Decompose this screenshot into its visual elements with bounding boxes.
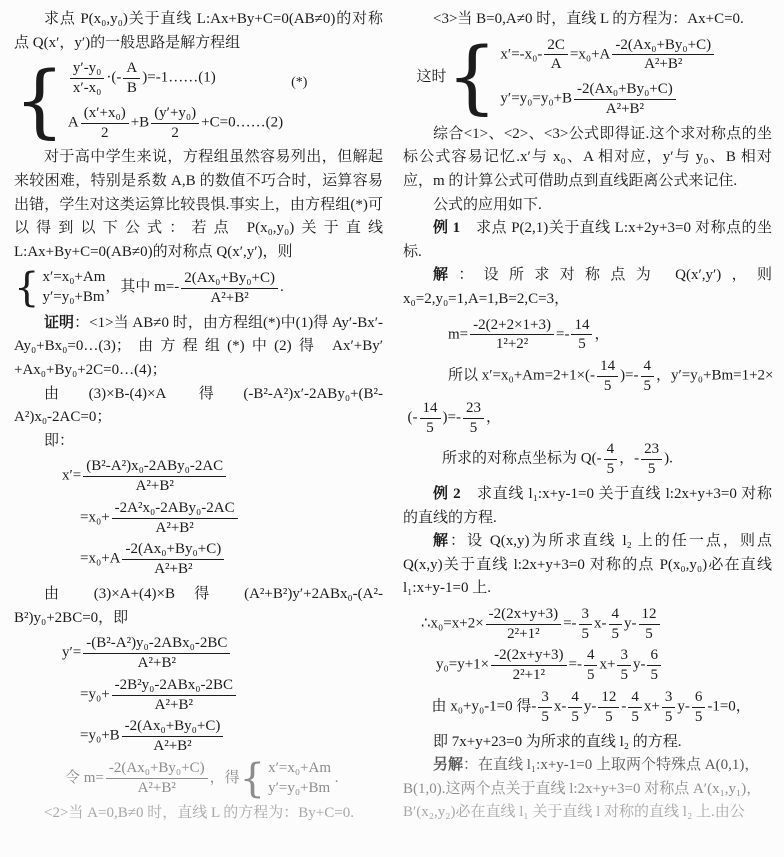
frac-numerator: -2(Ax₀+By₀+C) [122, 541, 224, 560]
frac-denominator: A²+B² [644, 55, 682, 73]
frac-denominator: A²+B² [153, 737, 191, 755]
brace-icon: { [14, 271, 39, 305]
formula-line: =y₀+-2B²y₀-2ABx₀-2BCA²+B² [14, 677, 383, 714]
frac-numerator: 3 [617, 647, 631, 666]
formula-line: 由 x₀+y₀-1=0 得-35x-45y-125-45x+35y-65-1=0… [403, 689, 772, 726]
text-run: 所以 x′=x₀+Am=2+1×(- [448, 368, 595, 384]
fraction: 35 [579, 606, 593, 643]
paragraph: 即： [14, 430, 383, 454]
frac-numerator: 4 [609, 606, 623, 625]
frac-denominator: 2²+1² [507, 625, 539, 643]
text-run: 求点 P(x₀,y₀)关于直线 L:Ax+By+C=0(AB≠0)的对称点 Q(… [14, 11, 383, 51]
frac-denominator: 5 [607, 460, 615, 478]
frac-denominator: 5 [571, 708, 579, 726]
paragraph: 另解：在直线 l₁:x+y-1=0 上取两个特殊点 A(0,1)， [403, 754, 772, 778]
text-run: y- [584, 699, 597, 715]
frac-numerator: 4 [628, 689, 642, 708]
text-run: x+ [599, 657, 615, 673]
frac-numerator: 2(Ax₀+By₀+C) [181, 270, 278, 289]
text-run: ，得 [210, 770, 240, 786]
footnote-star: (*) [291, 75, 307, 90]
text-run: ，其中 m=- [105, 279, 179, 295]
frac-denominator: A [551, 55, 562, 73]
system-rows: x′=x₀+Amy′=y₀+Bm [42, 269, 105, 306]
frac-numerator: 23 [463, 400, 484, 419]
text-run: ， [486, 409, 501, 425]
frac-numerator: -2(2x+y+3) [486, 606, 561, 625]
paragraph: B(1,0).这两个点关于直线 l:2x+y+3=0 对称点 A′(x₁,y₁)… [403, 778, 772, 802]
paragraph: 证明：<1>当 AB≠0 时，由方程组(*)中(1)得 Ay′-Bx′-Ay₀+… [14, 312, 383, 383]
text-run: x- [554, 699, 567, 715]
text-run: =- [563, 616, 576, 632]
frac-numerator: 12 [598, 689, 619, 708]
text-run: 公式的应用如下. [433, 197, 542, 213]
frac-numerator: 6 [692, 689, 706, 708]
text-run: y′=y₀+Bm [42, 289, 104, 305]
fraction: 65 [692, 689, 706, 726]
frac-numerator: 12 [639, 606, 660, 625]
system-row: y′=y₀=y₀+B-2(Ax₀+By₀+C)A²+B² [500, 81, 716, 118]
system-rows: x′=x₀+Amy′=y₀+Bm [268, 760, 331, 797]
paragraph: 求点 P(x₀,y₀)关于直线 L:Ax+By+C=0(AB≠0)的对称点 Q(… [14, 8, 383, 55]
brace-icon: { [447, 43, 498, 111]
fraction: 2(Ax₀+By₀+C)A²+B² [181, 270, 278, 307]
equation-system: {x′=-x₀-2CA=x₀+A-2(Ax₀+By₀+C)A²+B²y′=y₀=… [447, 37, 717, 118]
frac-denominator: 5 [587, 666, 595, 684]
text-run: y₀=y+1× [436, 657, 489, 673]
paragraph: 即 7x+y+23=0 为所求的直线 l₂ 的方程. [403, 731, 772, 755]
frac-denominator: 2 [101, 124, 109, 142]
emphasis-run: 例 2 [433, 486, 461, 502]
frac-denominator: 5 [645, 625, 653, 643]
frac-denominator: 5 [650, 666, 658, 684]
paragraph: B′(x₂,y₂)必在直线 l₁ 关于直线 l 对称的直线 l₂ 上.由公 [403, 801, 772, 825]
frac-numerator: y′-y₀ [70, 60, 105, 79]
paragraph: 例 2 求直线 l₁:x+y-1=0 关于直线 l:2x+y+3=0 对称的直线… [403, 483, 772, 530]
formula-line: x′=(B²-A²)x₀-2ABy₀-2ACA²+B² [14, 458, 383, 495]
formula-line: (-145)=-235， [403, 400, 772, 437]
text-run: +C=0……(2) [201, 115, 283, 131]
fraction: 45 [604, 441, 618, 478]
paragraph: <2>当 A=0,B≠0 时，直线 L 的方程为：By+C=0. [14, 802, 383, 826]
frac-denominator: 5 [541, 708, 549, 726]
frac-numerator: 2C [544, 37, 568, 56]
fraction: 35 [538, 689, 552, 726]
text-run: B(1,0).这两个点关于直线 l:2x+y+3=0 对称点 A′(x₁,y₁)… [403, 781, 761, 797]
fraction: 45 [641, 358, 655, 395]
fraction: -2B²y₀-2ABx₀-2BCA²+B² [112, 677, 236, 714]
formula-line: y₀=y+1×-2(2x+y+3)2²+1²=-45x+35y-65 [403, 647, 772, 684]
text-run: )=- [443, 409, 461, 425]
text-run: x- [594, 616, 607, 632]
fraction: (B²-A²)x₀-2ABy₀-2ACA²+B² [83, 458, 226, 495]
frac-denominator: 2²+1² [513, 666, 545, 684]
fraction: -2(2+2×1+3)1²+2² [470, 317, 554, 354]
emphasis-run: 另解 [433, 757, 463, 773]
text-run: =- [569, 657, 582, 673]
equation-system: {y′-y₀x′-x₀·(-AB)=-1……(1)A(x′+x₀)2+B(y′+… [14, 60, 283, 141]
system-row: y′=y₀+Bm [268, 780, 331, 798]
frac-denominator: B [127, 79, 137, 97]
frac-denominator: 5 [612, 625, 620, 643]
frac-numerator: -2B²y₀-2ABx₀-2BC [112, 677, 236, 696]
fraction: -2(Ax₀+By₀+C)A²+B² [612, 37, 714, 74]
text-run: 令 m= [65, 770, 104, 786]
frac-denominator: A²+B² [154, 560, 192, 578]
system-row: y′-y₀x′-x₀·(-AB)=-1……(1) [68, 60, 283, 97]
system-rows: x′=-x₀-2CA=x₀+A-2(Ax₀+By₀+C)A²+B²y′=y₀=y… [500, 37, 716, 118]
frac-denominator: A²+B² [155, 519, 193, 537]
frac-numerator: (x′+x₀) [81, 105, 129, 124]
fraction: -2A²x₀-2ABy₀-2ACA²+B² [112, 500, 238, 537]
paragraph: 解：设 Q(x,y)为所求直线 l₂ 上的任一点，则点 Q(x,y)关于直线 l… [403, 530, 772, 601]
equation-system: {x′=x₀+Amy′=y₀+Bm [240, 760, 331, 797]
text-run: x′= [62, 468, 81, 484]
text-run: ：在直线 l₁:x+y-1=0 上取两个特殊点 A(0,1)， [463, 757, 759, 773]
text-run: 由(3)×B-(4)×A 得(-B²-A²)x′-2ABy₀+(B²-A²)x₀… [14, 386, 383, 426]
frac-denominator: 5 [695, 708, 703, 726]
frac-numerator: 23 [641, 441, 662, 460]
formula-line: y′=-(B²-A²)y₀-2ABx₀-2BCA²+B² [14, 635, 383, 672]
fraction: 235 [641, 441, 662, 478]
text-run: )=- [620, 368, 638, 384]
formula-line: =y₀+B-2(Ax₀+By₀+C)A²+B² [14, 718, 383, 755]
frac-denominator: 5 [605, 708, 613, 726]
frac-numerator: (B²-A²)x₀-2ABy₀-2AC [83, 458, 226, 477]
frac-numerator: 4 [584, 647, 598, 666]
text-run: (- [408, 409, 418, 425]
equation-system: {x′=x₀+Amy′=y₀+Bm [14, 269, 105, 306]
brace-icon: { [14, 67, 65, 135]
text-run: =x₀+A [570, 46, 610, 62]
frac-numerator: 3 [579, 606, 593, 625]
frac-numerator: 4 [568, 689, 582, 708]
paragraph: 例 1 求点 P(2,1)关于直线 L:x+2y+3=0 对称点的坐标. [403, 217, 772, 264]
frac-denominator: A²+B² [138, 654, 176, 672]
formula-line: 所求的对称点坐标为 Q(-45，-235). [403, 441, 772, 478]
text-run: =y₀+ [80, 687, 110, 703]
text-run: ∴x₀=x+2× [421, 616, 484, 632]
paragraph: 解：设所求对称点为 Q(x′,y′)，则 x₀=2,y₀=1,A=1,B=2,C… [403, 264, 772, 311]
frac-denominator: x′-x₀ [73, 79, 102, 97]
frac-numerator: 6 [647, 647, 661, 666]
frac-numerator: -2(2+2×1+3) [470, 317, 554, 336]
fraction: 35 [662, 689, 676, 726]
formula-line: 令 m=-2(Ax₀+By₀+C)A²+B²，得{x′=x₀+Amy′=y₀+B… [14, 760, 383, 797]
emphasis-run: 证明 [44, 315, 74, 331]
paragraph: <3>当 B=0,A≠0 时，直线 L 的方程为：Ax+C=0. [403, 8, 772, 32]
text-run: ·(- [106, 70, 121, 86]
text-run: m= [448, 326, 468, 342]
text-run: 这时 [417, 69, 447, 85]
formula-line: =x₀+A-2(Ax₀+By₀+C)A²+B² [14, 541, 383, 578]
system-row: A(x′+x₀)2+B(y′+y₀)2+C=0……(2) [68, 105, 283, 142]
text-run: A [68, 115, 79, 131]
fraction: -2(Ax₀+By₀+C)A²+B² [106, 760, 208, 797]
formula-line: ∴x₀=x+2×-2(2x+y+3)2²+1²=-35x-45y-125 [403, 606, 772, 643]
formula-line: 这时{x′=-x₀-2CA=x₀+A-2(Ax₀+By₀+C)A²+B²y′=y… [403, 37, 772, 118]
paragraph: 对于高中学生来说，方程组虽然容易列出，但解起来较困难，特别是系数 A,B 的数值… [14, 146, 383, 264]
frac-numerator: -2(Ax₀+By₀+C) [612, 37, 714, 56]
text-run: y′=y₀=y₀+B [500, 91, 572, 107]
text-run: ，- [619, 451, 639, 467]
system-row: x′=x₀+Am [42, 269, 105, 287]
text-run: 由 (3)×A+(4)×B 得 (A²+B²)y′+2ABx₀-(A²-B²)y… [14, 586, 383, 626]
fraction: 145 [420, 400, 441, 437]
fraction: AB [123, 60, 140, 97]
text-run: )=-1……(1) [142, 70, 215, 86]
frac-denominator: A²+B² [606, 100, 644, 118]
system-row: x′=x₀+Am [268, 760, 331, 778]
text-run: -1=0， [707, 699, 750, 715]
text-run: . [280, 279, 284, 295]
text-run: +B [131, 115, 149, 131]
system-row: y′=y₀+Bm [42, 289, 105, 307]
fraction: 125 [598, 689, 619, 726]
fraction: 45 [568, 689, 582, 726]
text-run: x′=x₀+Am [268, 760, 331, 776]
paragraph: 公式的应用如下. [403, 194, 772, 218]
system-rows: y′-y₀x′-x₀·(-AB)=-1……(1)A(x′+x₀)2+B(y′+y… [68, 60, 283, 141]
fraction: -2(2x+y+3)2²+1² [486, 606, 561, 643]
paragraph: 综合<1>、<2>、<3>公式即得证.这个求对称点的坐标公式容易记忆.x′与 x… [403, 123, 772, 194]
text-run: ). [664, 451, 673, 467]
text-run: <3>当 B=0,A≠0 时，直线 L 的方程为：Ax+C=0. [433, 11, 744, 27]
fraction: 45 [609, 606, 623, 643]
text-run: 即 7x+y+23=0 为所求的直线 l₂ 的方程. [433, 734, 682, 750]
fraction: -2(Ax₀+By₀+C)A²+B² [122, 541, 224, 578]
document-page: 求点 P(x₀,y₀)关于直线 L:Ax+By+C=0(AB≠0)的对称点 Q(… [0, 0, 784, 857]
left-column: 求点 P(x₀,y₀)关于直线 L:Ax+By+C=0(AB≠0)的对称点 Q(… [14, 8, 383, 857]
frac-denominator: 2 [171, 124, 179, 142]
brace-icon: { [240, 762, 265, 796]
fraction: 145 [571, 317, 592, 354]
frac-numerator: 4 [641, 358, 655, 377]
fraction: 35 [617, 647, 631, 684]
fraction: y′-y₀x′-x₀ [70, 60, 105, 97]
frac-denominator: 5 [644, 377, 652, 395]
frac-denominator: 5 [604, 377, 612, 395]
frac-denominator: 5 [631, 708, 639, 726]
fraction: 45 [628, 689, 642, 726]
text-run: B′(x₂,y₂)必在直线 l₁ 关于直线 l 对称的直线 l₂ 上.由公 [403, 804, 745, 820]
text-run: 即： [44, 433, 74, 449]
paragraph: 由(3)×B-(4)×A 得(-B²-A²)x′-2ABy₀+(B²-A²)x₀… [14, 383, 383, 430]
text-run: =x₀+ [80, 510, 110, 526]
frac-numerator: 14 [597, 358, 618, 377]
frac-numerator: 14 [571, 317, 592, 336]
frac-numerator: -2(Ax₀+By₀+C) [574, 81, 676, 100]
right-column: <3>当 B=0,A≠0 时，直线 L 的方程为：Ax+C=0.这时{x′=-x… [403, 8, 772, 857]
fraction: 145 [597, 358, 618, 395]
fraction: -2(Ax₀+By₀+C)A²+B² [122, 718, 224, 755]
frac-denominator: A²+B² [155, 696, 193, 714]
text-run: ，y′=y₀+Bm=1+2× [656, 368, 773, 384]
fraction: 235 [463, 400, 484, 437]
text-run: ， [594, 326, 609, 342]
frac-denominator: 5 [470, 419, 478, 437]
text-run: y′=y₀+Bm [268, 780, 330, 796]
text-run: 所求的对称点坐标为 Q(- [442, 451, 602, 467]
frac-denominator: A²+B² [136, 477, 174, 495]
frac-denominator: 5 [582, 625, 590, 643]
frac-numerator: (y′+y₀) [151, 105, 199, 124]
text-run: 由 x₀+y₀-1=0 得- [432, 699, 537, 715]
text-run: y′= [62, 645, 81, 661]
frac-denominator: 5 [665, 708, 673, 726]
frac-numerator: 14 [420, 400, 441, 419]
text-run: =- [556, 326, 569, 342]
fraction: -(B²-A²)y₀-2ABx₀-2BCA²+B² [83, 635, 230, 672]
frac-denominator: 5 [578, 335, 586, 353]
text-run: ：设 Q(x,y)为所求直线 l₂ 上的任一点，则点 Q(x,y)关于直线 l:… [403, 533, 772, 596]
formula-line: m=-2(2+2×1+3)1²+2²=-145， [403, 317, 772, 354]
frac-numerator: -2(Ax₀+By₀+C) [122, 718, 224, 737]
frac-numerator: -2(2x+y+3) [491, 647, 566, 666]
emphasis-run: 例 1 [433, 220, 460, 236]
text-run: =y₀+B [80, 728, 120, 744]
fraction: 65 [647, 647, 661, 684]
paragraph: 由 (3)×A+(4)×B 得 (A²+B²)y′+2ABx₀-(A²-B²)y… [14, 583, 383, 630]
frac-numerator: 4 [604, 441, 618, 460]
emphasis-run: 解 [433, 533, 450, 549]
text-run: 综合<1>、<2>、<3>公式即得证.这个求对称点的坐标公式容易记忆.x′与 x… [403, 126, 772, 189]
fraction: -2(Ax₀+By₀+C)A²+B² [574, 81, 676, 118]
system-row: x′=-x₀-2CA=x₀+A-2(Ax₀+By₀+C)A²+B² [500, 37, 716, 74]
frac-denominator: A²+B² [138, 779, 176, 797]
text-run: y- [624, 616, 637, 632]
text-run: x+ [644, 699, 660, 715]
frac-numerator: A [123, 60, 140, 79]
fraction: 2CA [544, 37, 568, 74]
text-run: y- [677, 699, 690, 715]
fraction: (x′+x₀)2 [81, 105, 129, 142]
frac-denominator: 5 [648, 460, 656, 478]
frac-numerator: -2A²x₀-2ABy₀-2AC [112, 500, 238, 519]
frac-denominator: 1²+2² [496, 335, 528, 353]
frac-denominator: 5 [426, 419, 434, 437]
text-run: 对于高中学生来说，方程组虽然容易列出，但解起来较困难，特别是系数 A,B 的数值… [14, 149, 383, 259]
frac-denominator: A²+B² [210, 289, 248, 307]
text-run: x′=x₀+Am [42, 269, 105, 285]
text-run: - [621, 699, 626, 715]
formula-line: {y′-y₀x′-x₀·(-AB)=-1……(1)A(x′+x₀)2+B(y′+… [14, 60, 383, 141]
formula-line: 所以 x′=x₀+Am=2+1×(-145)=-45，y′=y₀+Bm=1+2× [403, 358, 772, 395]
frac-numerator: 3 [662, 689, 676, 708]
text-run: ：设所求对称点为 Q(x′,y′)，则 x₀=2,y₀=1,A=1,B=2,C=… [403, 267, 772, 307]
fraction: 45 [584, 647, 598, 684]
formula-line: =x₀+-2A²x₀-2ABy₀-2ACA²+B² [14, 500, 383, 537]
fraction: 125 [639, 606, 660, 643]
text-run: y- [633, 657, 646, 673]
frac-denominator: 5 [620, 666, 628, 684]
fraction: (y′+y₀)2 [151, 105, 199, 142]
frac-numerator: -2(Ax₀+By₀+C) [106, 760, 208, 779]
frac-numerator: 3 [538, 689, 552, 708]
emphasis-run: 解 [433, 267, 458, 283]
text-run: x′=-x₀- [500, 46, 542, 62]
text-run: <2>当 A=0,B≠0 时，直线 L 的方程为：By+C=0. [44, 805, 354, 821]
frac-numerator: -(B²-A²)y₀-2ABx₀-2BC [83, 635, 230, 654]
formula-line: {x′=x₀+Amy′=y₀+Bm，其中 m=-2(Ax₀+By₀+C)A²+B… [14, 269, 383, 306]
text-run: . [331, 770, 339, 786]
text-run: =x₀+A [80, 551, 120, 567]
fraction: -2(2x+y+3)2²+1² [491, 647, 566, 684]
